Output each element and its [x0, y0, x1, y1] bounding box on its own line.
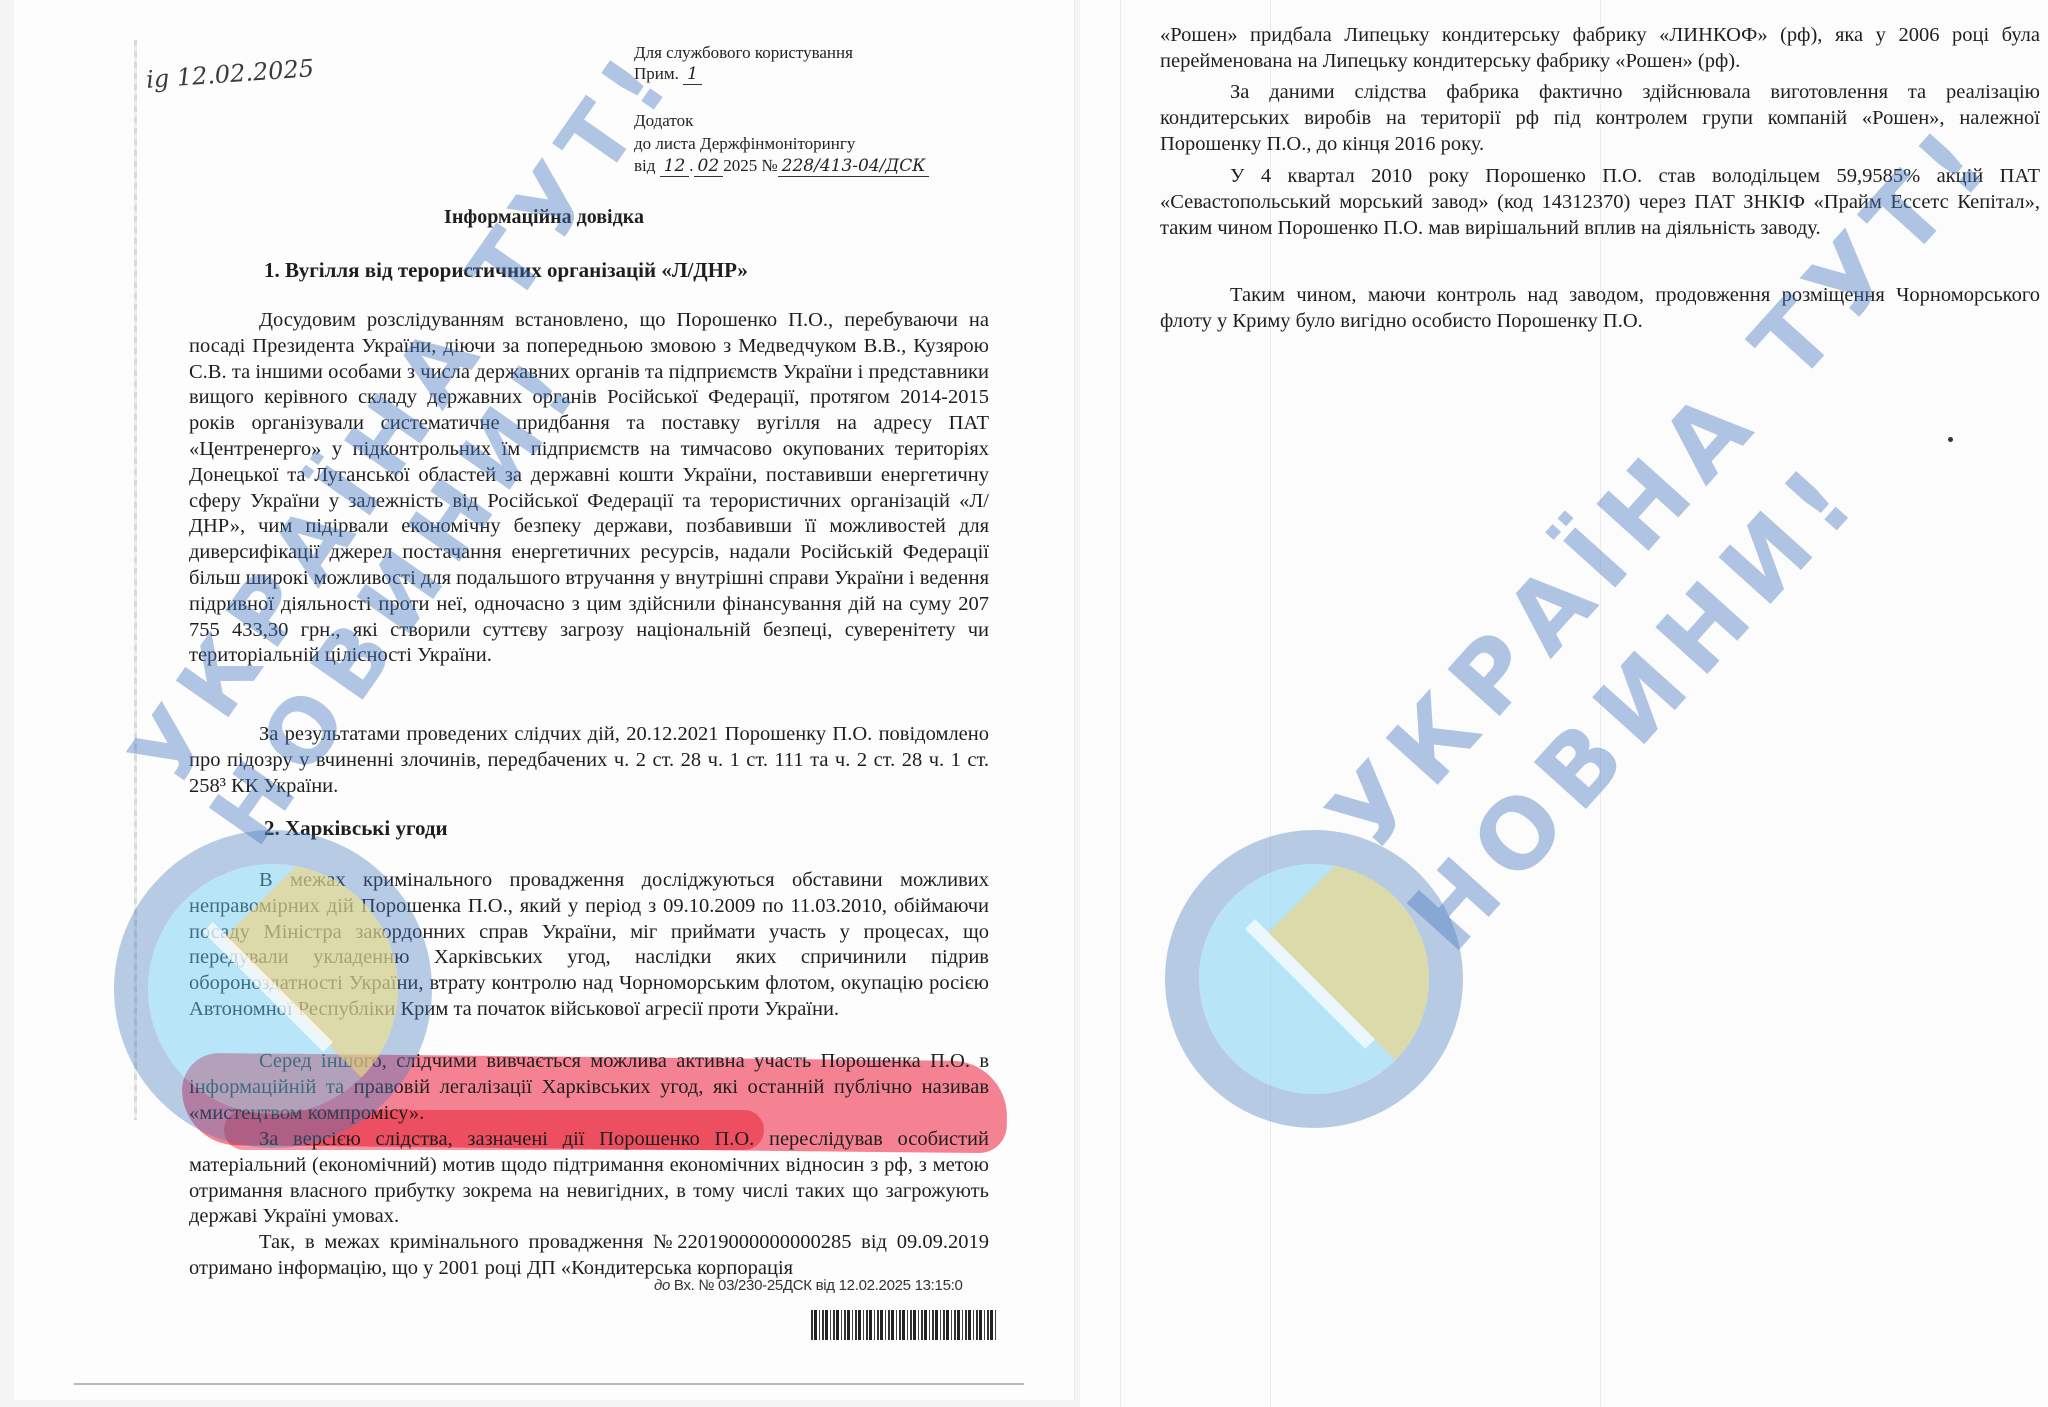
registration-stamp: до Вх. № 03/230-25ДСК від 12.02.2025 13:…	[654, 1277, 963, 1294]
letter-reference: до листа Держфінмоніторингу	[634, 133, 855, 154]
scan-dot	[1948, 437, 1953, 442]
continuation-paragraph: «Рошен» придбала Липецьку кондитерську ф…	[1160, 23, 2040, 75]
page-bottom-edge	[74, 1383, 1024, 1385]
classification-label: Для службового користування	[634, 42, 853, 63]
document-page-2: «Рошен» придбала Липецьку кондитерську ф…	[1080, 0, 2048, 1407]
letter-date-number: від 12.022025 №228/413-04/ДСК	[634, 155, 929, 177]
barcode	[811, 1310, 996, 1340]
section-2-paragraph-4: Так, в межах кримінального провадження №…	[189, 1230, 989, 1282]
document-page-1: ig 12.02.2025 Для службового користуванн…	[14, 0, 1075, 1400]
watermark-logo-icon	[114, 830, 432, 1148]
handwritten-note: ig 12.02.2025	[145, 54, 315, 94]
